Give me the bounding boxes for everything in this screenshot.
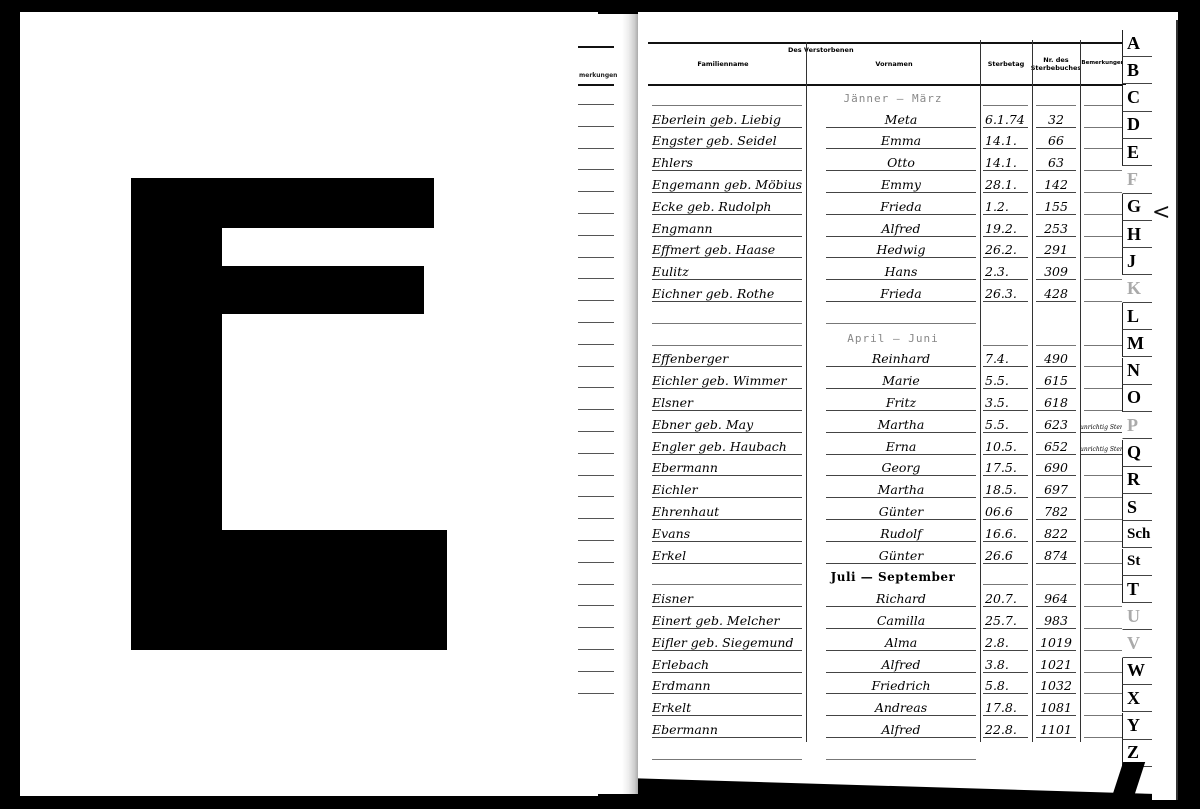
index-tab-t[interactable]: T — [1122, 576, 1152, 603]
death-date-cell: 1.2. — [983, 199, 1028, 215]
family-name-cell: Eulitz — [652, 264, 802, 280]
given-name-cell: Fritz — [826, 395, 976, 411]
table-row: Erlebach Alfred 3.8. 1021 — [648, 653, 1126, 675]
index-tab-s[interactable]: S — [1122, 494, 1152, 521]
given-name-cell: Richard — [826, 591, 976, 607]
ruled-line — [578, 562, 614, 563]
family-name-cell: Erlebach — [652, 657, 802, 673]
table-row: Ebermann Alfred 22.8. 1101 — [648, 718, 1126, 740]
ruled-line — [578, 409, 614, 410]
given-name-cell: Martha — [826, 482, 976, 498]
header-family-name: Familienname — [648, 44, 798, 84]
underlying-column-header: merkungen — [579, 72, 617, 79]
index-tab-a[interactable]: A — [1122, 30, 1152, 57]
index-tab-y[interactable]: Y — [1122, 713, 1152, 740]
ruled-line — [578, 278, 614, 279]
ruled-line — [578, 671, 614, 672]
register-number-cell: 1021 — [1036, 657, 1076, 673]
table-row: Effenberger Reinhard 7.4. 490 — [648, 348, 1126, 370]
register-number-cell: 983 — [1036, 613, 1076, 629]
section-header-row: Juli — September — [648, 566, 1126, 588]
family-name-cell: Elsner — [652, 395, 802, 411]
death-date-cell: 17.8. — [983, 700, 1028, 716]
header-remarks: Bemerkungen — [1080, 44, 1126, 84]
death-register-table: Des Verstorbenen Familienname Vornamen S… — [648, 42, 1126, 762]
index-tab-q[interactable]: Q — [1122, 440, 1152, 467]
header-given-names: Vornamen — [808, 44, 980, 84]
ruled-line — [578, 540, 614, 541]
family-name-cell: Ebermann — [652, 460, 802, 476]
index-tab-d[interactable]: D — [1122, 112, 1152, 139]
given-name-cell: Reinhard — [826, 351, 976, 367]
death-date-cell: 2.3. — [983, 264, 1028, 280]
header-death-date: Sterbetag — [980, 44, 1032, 84]
index-tab-m[interactable]: M — [1122, 330, 1152, 357]
family-name-cell: Eifler geb. Siegemund — [652, 635, 802, 651]
family-name-cell: Ebermann — [652, 722, 802, 738]
table-row: Ecke geb. Rudolph Frieda 1.2. 155 — [648, 195, 1126, 217]
table-row: Elsner Fritz 3.5. 618 — [648, 391, 1126, 413]
table-row: Eberlein geb. Liebig Meta 6.1.74 32 — [648, 108, 1126, 130]
register-number-cell: 309 — [1036, 264, 1076, 280]
family-name-cell: Erkelt — [652, 700, 802, 716]
register-number-cell: 618 — [1036, 395, 1076, 411]
blank-row — [648, 304, 1126, 326]
given-name-cell: Martha — [826, 417, 976, 433]
death-date-cell: 16.6. — [983, 526, 1028, 542]
register-number-cell: 1081 — [1036, 700, 1076, 716]
family-name-cell: Eisner — [652, 591, 802, 607]
table-row: Ehrenhaut Günter 06.6 782 — [648, 500, 1126, 522]
register-number-cell: 615 — [1036, 373, 1076, 389]
column-divider — [980, 40, 981, 742]
family-name-cell: Engmann — [652, 221, 802, 237]
ruled-line — [578, 431, 614, 432]
ruled-line — [578, 322, 614, 323]
index-tab-b[interactable]: B — [1122, 57, 1152, 84]
index-tab-x[interactable]: X — [1122, 685, 1152, 712]
family-name-cell: Eberlein geb. Liebig — [652, 112, 802, 128]
given-name-cell: Camilla — [826, 613, 976, 629]
death-date-cell: 10.5. — [983, 439, 1028, 455]
ruled-line — [578, 344, 614, 345]
table-row: Engler geb. Haubach Erna 10.5. 652 unric… — [648, 435, 1126, 457]
given-name-cell: Friedrich — [826, 678, 976, 694]
family-name-cell: Ebner geb. May — [652, 417, 802, 433]
register-number-cell: 652 — [1036, 439, 1076, 455]
given-name-cell: Alfred — [826, 657, 976, 673]
table-row: Effmert geb. Haase Hedwig 26.2. 291 — [648, 239, 1126, 261]
index-tab-c[interactable]: C — [1122, 85, 1152, 112]
family-name-cell: Evans — [652, 526, 802, 542]
death-date-cell: 2.8. — [983, 635, 1028, 651]
family-name-cell: Einert geb. Melcher — [652, 613, 802, 629]
quarter-label: Juli — September — [798, 570, 988, 584]
death-date-cell: 5.5. — [983, 417, 1028, 433]
ruled-line — [578, 366, 614, 367]
family-name-cell: Effenberger — [652, 351, 802, 367]
table-row: Engmann Alfred 19.2. 253 — [648, 217, 1126, 239]
register-number-cell: 490 — [1036, 351, 1076, 367]
register-number-cell: 874 — [1036, 548, 1076, 564]
table-header: Des Verstorbenen Familienname Vornamen S… — [648, 42, 1126, 86]
family-name-cell: Eichler — [652, 482, 802, 498]
table-row: Eichner geb. Rothe Frieda 26.3. 428 — [648, 282, 1126, 304]
register-number-cell: 291 — [1036, 242, 1076, 258]
given-name-cell: Alma — [826, 635, 976, 651]
family-name-cell: Eichner geb. Rothe — [652, 286, 802, 302]
death-date-cell: 25.7. — [983, 613, 1028, 629]
death-date-cell: 26.2. — [983, 242, 1028, 258]
given-name-cell: Hedwig — [826, 242, 976, 258]
register-number-cell: 155 — [1036, 199, 1076, 215]
death-date-cell: 3.8. — [983, 657, 1028, 673]
table-row: Erkelt Andreas 17.8. 1081 — [648, 696, 1126, 718]
table-row: Eulitz Hans 2.3. 309 — [648, 260, 1126, 282]
register-number-cell: 63 — [1036, 155, 1076, 171]
given-name-cell: Günter — [826, 504, 976, 520]
death-date-cell: 28.1. — [983, 177, 1028, 193]
index-tab-f[interactable]: F — [1122, 167, 1152, 194]
blank-row — [648, 740, 1126, 762]
ruled-line — [578, 496, 614, 497]
family-name-cell: Engemann geb. Möbius — [652, 177, 802, 193]
given-name-cell: Meta — [826, 112, 976, 128]
given-name-cell: Erna — [826, 439, 976, 455]
ruled-line — [578, 191, 614, 192]
given-name-cell: Günter — [826, 548, 976, 564]
column-divider — [1080, 40, 1081, 742]
death-date-cell: 19.2. — [983, 221, 1028, 237]
ruled-line — [578, 453, 614, 454]
divider-card: E — [20, 12, 598, 796]
ruled-line — [578, 169, 614, 170]
index-tab-o[interactable]: O — [1122, 385, 1152, 412]
register-number-cell: 66 — [1036, 133, 1076, 149]
register-number-cell: 32 — [1036, 112, 1076, 128]
family-name-cell: Ehrenhaut — [652, 504, 802, 520]
index-tab-j[interactable]: J — [1122, 248, 1152, 275]
ruled-line — [578, 148, 614, 149]
given-name-cell: Alfred — [826, 722, 976, 738]
divider-letter-e — [131, 178, 447, 650]
header-register-no: Nr. des Sterbebuches — [1032, 44, 1080, 84]
table-row: Ehlers Otto 14.1. 63 — [648, 151, 1126, 173]
ruled-line — [578, 387, 614, 388]
index-tab-st[interactable]: St — [1122, 549, 1152, 576]
given-name-cell: Frieda — [826, 286, 976, 302]
register-number-cell: 253 — [1036, 221, 1076, 237]
index-tab-l[interactable]: L — [1122, 303, 1152, 330]
table-body: Jänner — März Eberlein geb. Liebig Meta … — [648, 86, 1126, 762]
death-date-cell: 6.1.74 — [983, 112, 1028, 128]
ruled-line — [578, 300, 614, 301]
index-tab-v[interactable]: V — [1122, 631, 1152, 658]
death-date-cell: 20.7. — [983, 591, 1028, 607]
alphabet-thumb-index: ABCDEFGHJKLMNOPQRSSchStTUVWXYZ — [1122, 40, 1156, 809]
check-mark-icon: < — [1152, 200, 1170, 225]
index-tab-n[interactable]: N — [1122, 358, 1152, 385]
family-name-cell: Erkel — [652, 548, 802, 564]
given-name-cell: Georg — [826, 460, 976, 476]
index-tab-sch[interactable]: Sch — [1122, 521, 1152, 548]
quarter-label: Jänner — März — [798, 92, 988, 105]
register-number-cell: 697 — [1036, 482, 1076, 498]
table-row: Engster geb. Seidel Emma 14.1. 66 — [648, 130, 1126, 152]
death-date-cell: 06.6 — [983, 504, 1028, 520]
table-row: Ebner geb. May Martha 5.5. 623 unrichtig… — [648, 413, 1126, 435]
table-row: Eichler geb. Wimmer Marie 5.5. 615 — [648, 369, 1126, 391]
death-date-cell: 26.3. — [983, 286, 1028, 302]
given-name-cell: Otto — [826, 155, 976, 171]
table-row: Ebermann Georg 17.5. 690 — [648, 457, 1126, 479]
index-tab-w[interactable]: W — [1122, 658, 1152, 685]
given-name-cell: Frieda — [826, 199, 976, 215]
given-name-cell: Hans — [826, 264, 976, 280]
column-divider — [1032, 40, 1033, 742]
remark-cell: unrichtig Sterbefall — [1080, 425, 1124, 433]
given-name-cell: Marie — [826, 373, 976, 389]
ruled-line — [578, 126, 614, 127]
death-date-cell: 7.4. — [983, 351, 1028, 367]
given-name-cell: Andreas — [826, 700, 976, 716]
table-row: Engemann geb. Möbius Emmy 28.1. 142 — [648, 173, 1126, 195]
register-page: Des Verstorbenen Familienname Vornamen S… — [638, 12, 1178, 794]
death-date-cell: 5.5. — [983, 373, 1028, 389]
register-number-cell: 690 — [1036, 460, 1076, 476]
ruled-line — [578, 213, 614, 214]
index-tab-h[interactable]: H — [1122, 221, 1152, 248]
register-number-cell: 822 — [1036, 526, 1076, 542]
ruled-line — [578, 584, 614, 585]
family-name-cell: Engster geb. Seidel — [652, 133, 802, 149]
index-tab-r[interactable]: R — [1122, 467, 1152, 494]
book-gutter — [622, 14, 638, 794]
register-number-cell: 623 — [1036, 417, 1076, 433]
given-name-cell: Alfred — [826, 221, 976, 237]
index-tab-p[interactable]: P — [1122, 412, 1152, 439]
ruled-line — [578, 627, 614, 628]
ruled-line — [578, 693, 614, 694]
ruled-line — [578, 518, 614, 519]
family-name-cell: Ehlers — [652, 155, 802, 171]
death-date-cell: 5.8. — [983, 678, 1028, 694]
quarter-label: April — Juni — [798, 332, 988, 345]
death-date-cell: 14.1. — [983, 155, 1028, 171]
family-name-cell: Eichler geb. Wimmer — [652, 373, 802, 389]
ruled-line — [578, 605, 614, 606]
section-header-row: Jänner — März — [648, 86, 1126, 108]
death-date-cell: 17.5. — [983, 460, 1028, 476]
family-name-cell: Ecke geb. Rudolph — [652, 199, 802, 215]
table-row: Eisner Richard 20.7. 964 — [648, 587, 1126, 609]
column-divider — [806, 42, 807, 742]
family-name-cell: Erdmann — [652, 678, 802, 694]
register-number-cell: 782 — [1036, 504, 1076, 520]
death-date-cell: 22.8. — [983, 722, 1028, 738]
section-header-row: April — Juni — [648, 326, 1126, 348]
ruled-line — [578, 235, 614, 236]
register-number-cell: 1032 — [1036, 678, 1076, 694]
family-name-cell: Effmert geb. Haase — [652, 242, 802, 258]
index-tab-g[interactable]: G — [1122, 194, 1152, 221]
given-name-cell: Emmy — [826, 177, 976, 193]
ruled-line — [578, 257, 614, 258]
table-row: Eichler Martha 18.5. 697 — [648, 478, 1126, 500]
family-name-cell: Engler geb. Haubach — [652, 439, 802, 455]
table-row: Erkel Günter 26.6 874 — [648, 544, 1126, 566]
register-number-cell: 428 — [1036, 286, 1076, 302]
register-number-cell: 1101 — [1036, 722, 1076, 738]
ruled-line — [578, 475, 614, 476]
death-date-cell: 18.5. — [983, 482, 1028, 498]
remark-cell: unrichtig Sterbefall — [1080, 447, 1124, 455]
register-number-cell: 1019 — [1036, 635, 1076, 651]
table-row: Evans Rudolf 16.6. 822 — [648, 522, 1126, 544]
death-date-cell: 26.6 — [983, 548, 1028, 564]
table-row: Erdmann Friedrich 5.8. 1032 — [648, 675, 1126, 697]
table-row: Eifler geb. Siegemund Alma 2.8. 1019 — [648, 631, 1126, 653]
index-tab-u[interactable]: U — [1122, 603, 1152, 630]
ruled-line — [578, 104, 614, 105]
death-date-cell: 14.1. — [983, 133, 1028, 149]
register-number-cell: 142 — [1036, 177, 1076, 193]
register-number-cell: 964 — [1036, 591, 1076, 607]
index-tab-e[interactable]: E — [1122, 139, 1152, 166]
death-date-cell: 3.5. — [983, 395, 1028, 411]
given-name-cell: Emma — [826, 133, 976, 149]
index-tab-k[interactable]: K — [1122, 276, 1152, 303]
ruled-line — [578, 649, 614, 650]
given-name-cell: Rudolf — [826, 526, 976, 542]
table-row: Einert geb. Melcher Camilla 25.7. 983 — [648, 609, 1126, 631]
